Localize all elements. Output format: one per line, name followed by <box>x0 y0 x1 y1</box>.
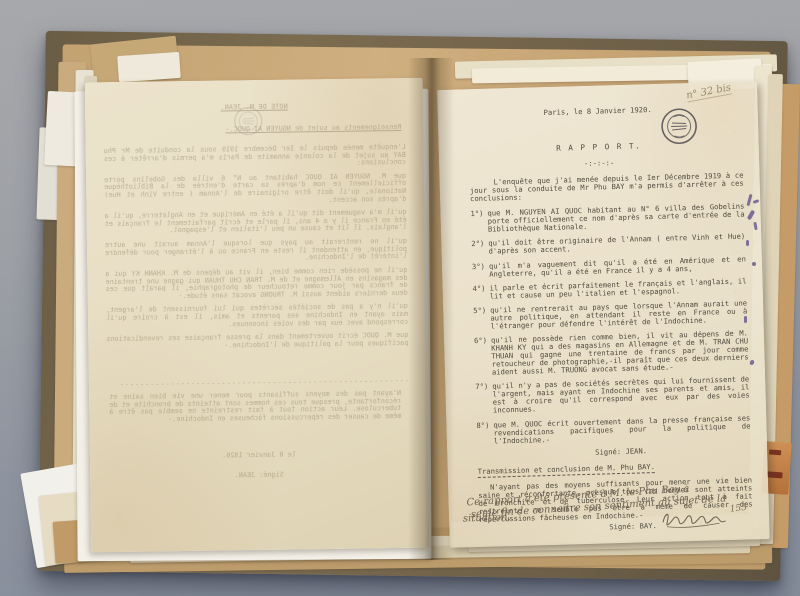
report-item: 6°) qu'il ne possède rien comme bien, il… <box>474 329 749 377</box>
bleedthrough-paragraph: L'enquête menée depuis le Ier Décembre 1… <box>104 144 406 171</box>
report-item: 1°) que M. NGUYEN AI QUOC habitant au N°… <box>470 203 745 235</box>
item-number: 4°) <box>472 284 485 292</box>
item-text: il parle et écrit parfaitement le frança… <box>489 276 746 300</box>
report-item: 2°) qu'il doit être originaire de l'Anna… <box>471 233 745 257</box>
bleedthrough-paragraph: qu'il n'y a pas de sociétés secrètes qui… <box>106 303 408 330</box>
item-number: 3°) <box>472 262 485 270</box>
item-number: 1°) <box>470 210 483 218</box>
report-items: 1°) que M. NGUYEN AI QUOC habitant au N°… <box>470 203 750 446</box>
item-text: qu'il n'y a pas de sociétés secrètes qui… <box>492 375 750 415</box>
pencil-annotation: n° 32 bis <box>685 82 732 102</box>
item-number: 7°) <box>475 383 488 391</box>
item-text: qu'il ne rentrerait au pays que lorsque … <box>490 298 747 330</box>
report-item: 8°) que M. QUOC écrit ouvertement dans l… <box>476 414 751 446</box>
item-text: que M. NGUYEN AI QUOC habitant au N° 6 v… <box>487 202 744 234</box>
item-text: qu'il m'a vaguement dit qu'il a été en A… <box>489 254 746 278</box>
handwritten-signature <box>659 506 730 532</box>
report-item: 3°) qu'il m'a vaguement dit qu'il a été … <box>472 255 746 279</box>
purple-ink-mark <box>752 262 756 266</box>
item-number: 5°) <box>473 306 486 314</box>
report-intro: L'enquête que j'ai menée depuis le Ier D… <box>470 171 745 203</box>
report-body: L'enquête que j'ai menée depuis le Ier D… <box>470 171 754 535</box>
report-title: R A P P O R T. <box>439 139 759 156</box>
bleedthrough-separator: ----------------------------------------… <box>107 378 409 390</box>
title-divider: -:-:-:- <box>439 155 759 172</box>
item-text: que M. QUOC écrit ouvertement dans la pr… <box>493 413 750 445</box>
bleedthrough-paragraph: qu'il ne possède rien comme bien, il vit… <box>105 267 407 302</box>
report-item: 7°) qu'il n'y a pas de sociétés secrètes… <box>475 376 750 416</box>
agent-signature-line: Signé: JEAN. <box>595 444 751 456</box>
bleedthrough-date: le 8 Janvier 1920. <box>90 450 428 462</box>
item-number: 6°) <box>474 337 487 345</box>
item-text: qu'il ne possède rien comme bien, il vit… <box>491 328 749 376</box>
item-number: 2°) <box>471 240 484 248</box>
bleedthrough-signature-line: Signé: JEAN. <box>90 470 428 482</box>
bleedthrough-paragraph: que M. QUOC écrit ouvertement dans la pr… <box>106 332 408 351</box>
bleedthrough-footer: N'ayant pas des moyens suffisants pour m… <box>109 390 401 425</box>
bleedthrough-paragraphs: L'enquête menée depuis le Ier Décembre 1… <box>104 144 409 358</box>
bleedthrough-stamp-icon <box>233 106 263 136</box>
item-number: 8°) <box>476 421 489 429</box>
report-item: 4°) il parle et écrit parfaitement le fr… <box>472 277 746 301</box>
archival-photo: 159 e-rre,l-nea.s. NOTE DE M. JEAN. Rens… <box>0 0 800 596</box>
bleedthrough-paragraph: qu'il m'a vaguement dit qu'il a été en A… <box>105 209 407 236</box>
report-dateline: Paris, le 8 Janvier 1920. <box>438 103 758 120</box>
bleedthrough-paragraph: qu'il ne rentrerait au pays que lorsque … <box>105 238 407 265</box>
item-text: qu'il doit être originaire de l'Annam ( … <box>488 232 745 256</box>
right-page-report: n° 32 bis Paris, le 8 Janvier 1920. R A … <box>437 81 770 548</box>
purple-ink-mark <box>744 316 747 323</box>
paper-edge <box>117 52 181 82</box>
bleedthrough-text: NOTE DE M. JEAN. Renseignements au sujet… <box>85 78 430 553</box>
bleedthrough-paragraph: que M. NGUYEN AI QUOC habitant au N° 6 v… <box>104 173 406 208</box>
transmission-heading: Transmission et conclusion de M. Phu BAY… <box>478 463 656 478</box>
report-item: 5°) qu'il ne rentrerait au pays que lors… <box>473 299 748 331</box>
left-page-verso: NOTE DE M. JEAN. Renseignements au sujet… <box>85 78 430 553</box>
purple-ink-mark <box>746 240 749 246</box>
